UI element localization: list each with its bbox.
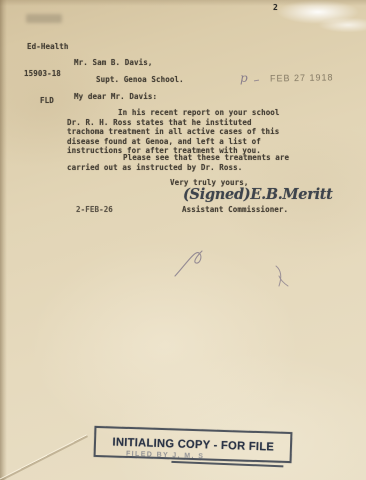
paper-edge-shadow-left [0,0,7,480]
file-reference-line: FLD [24,96,69,105]
pencil-p-mark: p [240,71,248,85]
body-line: In his recent report on your school [67,108,280,118]
signature-title: Assistant Commissioner. [182,205,288,214]
body-paragraph-2: Please see that these treatments are car… [67,153,289,172]
pencil-checkmark-icon [172,248,208,278]
page-number: 2 [273,3,278,12]
body-paragraph-1: In his recent report on your school Dr. … [67,108,280,156]
body-line: Please see that these treatments are [67,153,289,163]
faint-ink-smudge [26,14,62,23]
file-reference-line: Ed-Health [24,42,69,51]
body-line: disease found at Genoa, and left a list … [67,137,280,147]
paper-edge-shadow-top [0,0,366,6]
file-reference-block: Ed-Health 15903-18 FLD [24,24,69,114]
file-reference-number: 15903-18 [24,69,69,78]
signature-stamp: (Signed)E.B.Meritt [183,186,333,203]
salutation: My dear Mr. Davis: [74,92,157,101]
recipient-name: Mr. Sam B. Davis, [74,58,152,67]
body-line: trachoma treatment in all active cases o… [67,127,280,137]
received-date-stamp: FEB 27 1918 [270,72,334,83]
body-line: carried out as instructed by Dr. Ross. [67,163,289,173]
recipient-title: Supt. Genoa School. [96,75,184,84]
pencil-tick-icon [272,264,290,288]
typist-date-code: 2-FEB-26 [76,205,113,214]
body-line: Dr. R. H. Ross states that he instituted [67,118,280,128]
